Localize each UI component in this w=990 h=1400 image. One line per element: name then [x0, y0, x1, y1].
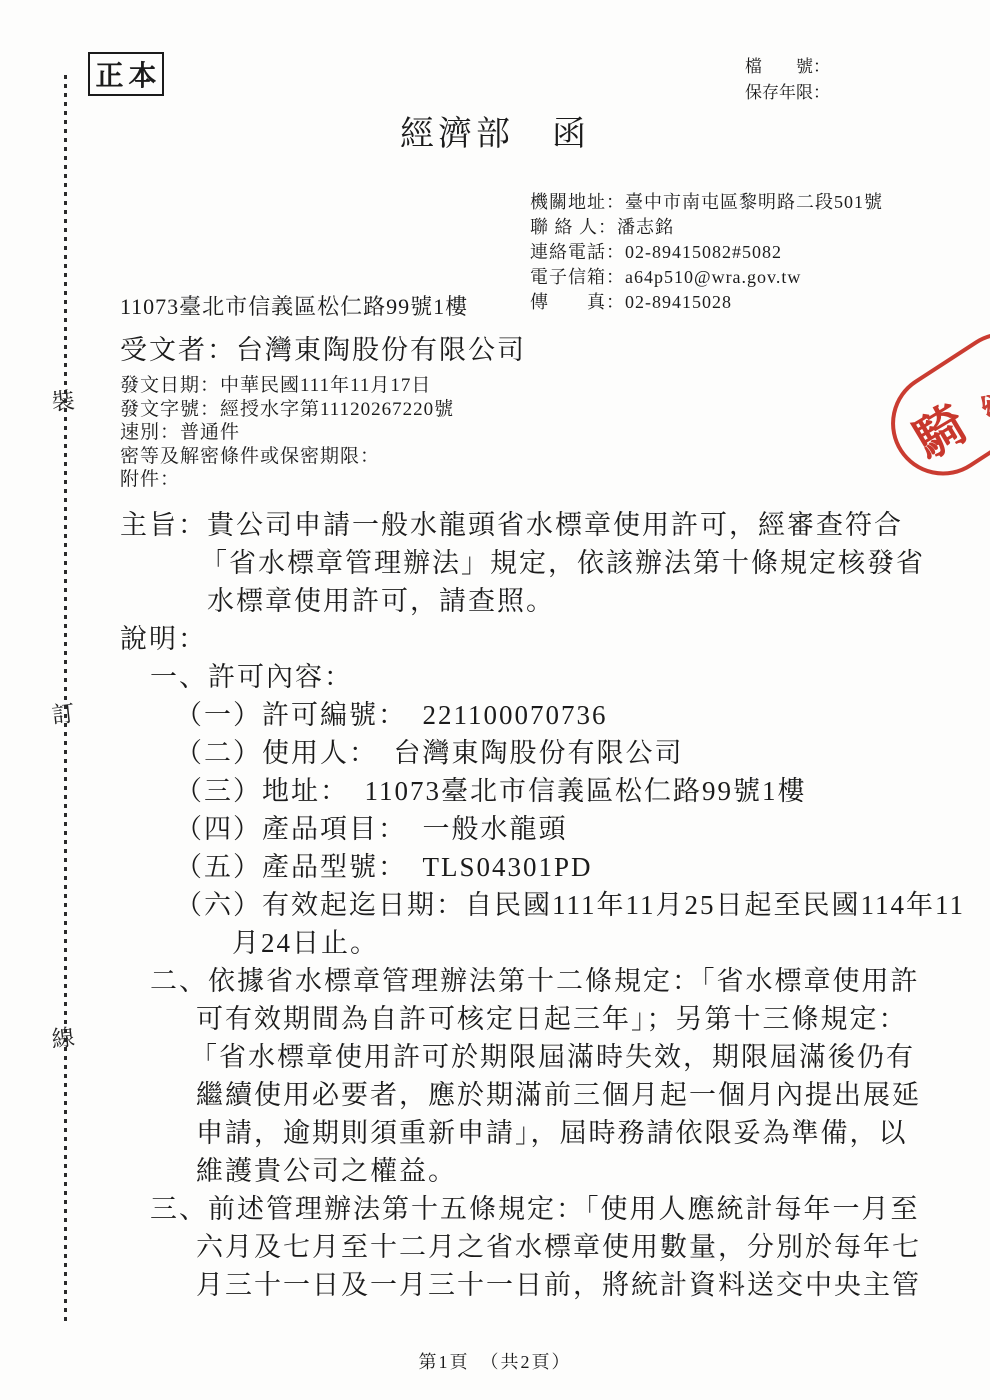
agency-contact-line: 電子信箱：a64p510@wra.gov.tw [530, 265, 883, 290]
recipient-name-line: 受文者：台灣東陶股份有限公司 [120, 328, 526, 367]
body-line: 二、依據省水標章管理辦法第十二條規定：「省水標章使用許 [150, 962, 920, 1000]
body-line: 一、許可內容： [150, 658, 920, 696]
body-line: （四）產品項目： 一般水龍頭 [175, 810, 920, 848]
binding-marks: 裝訂線 [48, 0, 78, 1400]
body-line: 主旨：貴公司申請一般水龍頭省水標章使用許可，經審查符合 [120, 506, 920, 544]
document-body: 主旨：貴公司申請一般水龍頭省水標章使用許可，經審查符合「省水標章管理辦法」規定，… [120, 506, 920, 1304]
binding-mark-label: 訂 [46, 695, 79, 731]
agency-contact-line: 傳 真：02-89415028 [530, 290, 883, 315]
body-line: 「省水標章管理辦法」規定，依該辦法第十條規定核發省 [200, 544, 920, 582]
body-line: 可有效期間為自許可核定日起三年」；另第十三條規定： [196, 1000, 920, 1038]
body-line: （二）使用人： 台灣東陶股份有限公司 [175, 734, 920, 772]
body-line: （六）有效起迄日期：自民國111年11月25日起至民國114年11 [175, 886, 920, 924]
page-number: 第1頁 （共2頁） [0, 1348, 990, 1374]
body-line: （五）產品型號： TLS04301PD [175, 848, 920, 886]
body-line: 繼續使用必要者，應於期滿前三個月起一個月內提出展延 [196, 1076, 920, 1114]
copy-type-box: 正本 [88, 52, 164, 96]
body-line: 水標章使用許可，請查照。 [207, 582, 920, 620]
document-meta-line: 密等及解密條件或保密期限： [120, 445, 454, 469]
agency-contact-block: 機關地址：臺中市南屯區黎明路二段501號聯 絡 人：潘志銘連絡電話：02-894… [530, 190, 883, 315]
body-line: 六月及七月至十二月之省水標章使用數量，分別於每年七 [196, 1228, 920, 1266]
seam-stamp: 騎 縫 [871, 312, 990, 495]
body-line: 「省水標章使用許可於期限屆滿時失效，期限屆滿後仍有 [190, 1038, 920, 1076]
document-meta-line: 附件： [120, 468, 454, 492]
document-meta-line: 速別：普通件 [120, 421, 454, 445]
document-meta-line: 發文字號：經授水字第11120267220號 [120, 398, 454, 422]
document-meta-line: 發文日期：中華民國111年11月17日 [120, 374, 454, 398]
document-title: 經濟部 函 [0, 106, 990, 155]
body-line: 說明： [120, 620, 920, 658]
binding-mark-label: 裝 [46, 382, 79, 418]
body-line: 維護貴公司之權益。 [196, 1152, 920, 1190]
agency-contact-line: 連絡電話：02-89415082#5082 [530, 240, 883, 265]
document-page: 裝訂線 正本 檔 號： 保存年限： 經濟部 函 機關地址：臺中市南屯區黎明路二段… [0, 0, 990, 1400]
recipient-address: 11073臺北市信義區松仁路99號1樓 [120, 290, 468, 321]
body-line: 申請，逾期則須重新申請」，屆時務請依限妥為準備，以 [196, 1114, 920, 1152]
binding-mark-label: 線 [46, 1019, 79, 1055]
body-line: （一）許可編號： 221100070736 [175, 696, 920, 734]
agency-contact-line: 聯 絡 人：潘志銘 [530, 215, 883, 240]
file-no-label: 檔 號： [745, 54, 830, 80]
document-meta-block: 發文日期：中華民國111年11月17日發文字號：經授水字第11120267220… [120, 374, 454, 492]
body-line: 三、前述管理辦法第十五條規定：「使用人應統計每年一月至 [150, 1190, 920, 1228]
body-line: 月24日止。 [232, 924, 920, 962]
body-line: 月三十一日及一月三十一日前，將統計資料送交中央主管 [196, 1266, 920, 1304]
copy-type-label: 正本 [90, 54, 161, 94]
agency-contact-line: 機關地址：臺中市南屯區黎明路二段501號 [530, 190, 883, 215]
file-header: 檔 號： 保存年限： [745, 54, 830, 106]
body-line: （三）地址： 11073臺北市信義區松仁路99號1樓 [175, 772, 920, 810]
retention-label: 保存年限： [745, 80, 830, 106]
